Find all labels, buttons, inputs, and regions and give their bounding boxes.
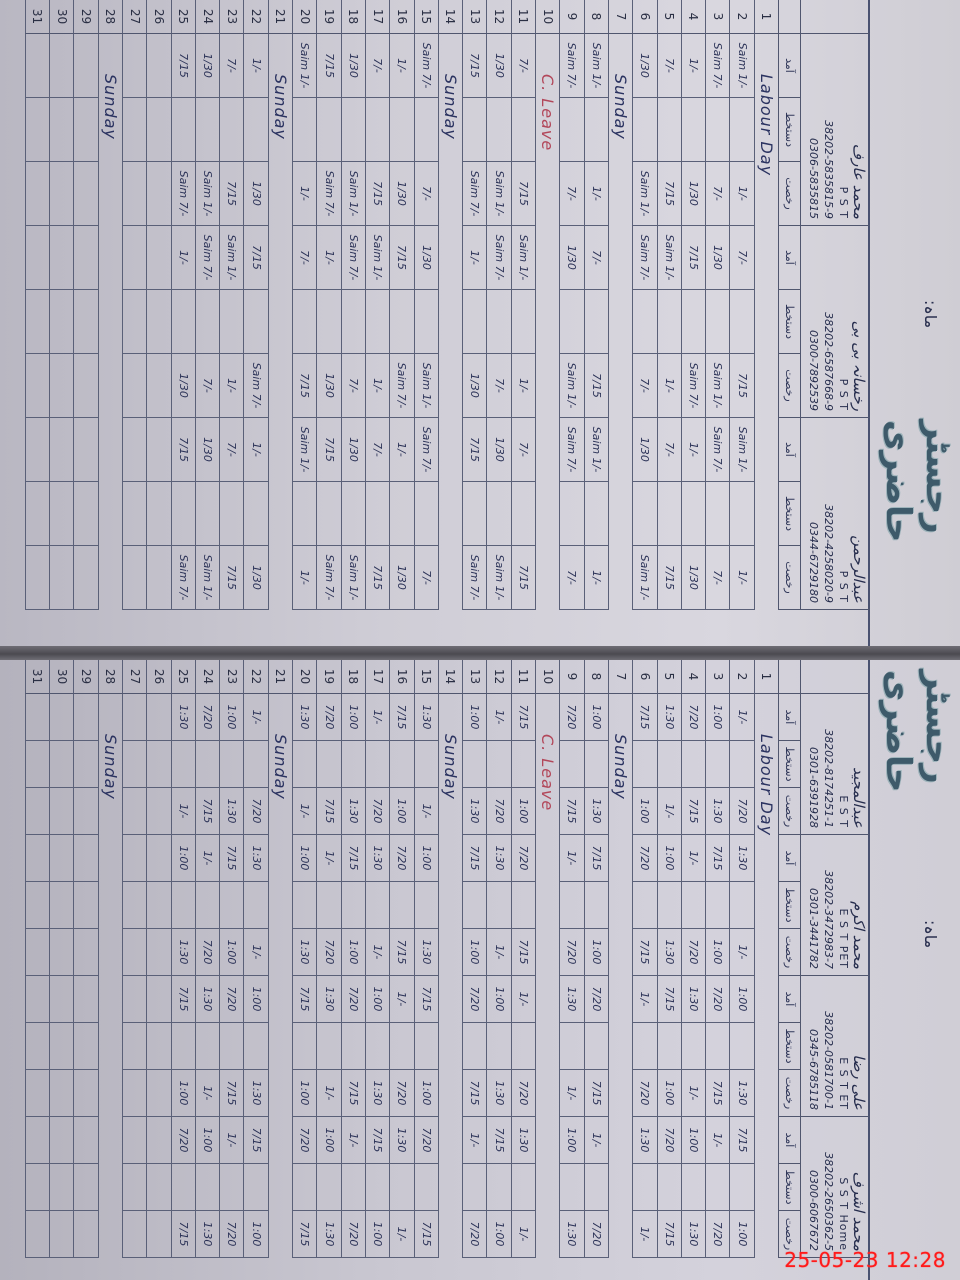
attendance-cell: Saim 1/- <box>341 546 365 610</box>
attendance-cell <box>705 290 729 354</box>
attendance-cell: 7/- <box>559 546 583 610</box>
attendance-cell <box>729 290 753 354</box>
attendance-cell <box>195 290 219 354</box>
day-number: 17 <box>365 660 389 694</box>
attendance-cell: 7/15 <box>219 546 243 610</box>
day-number: 23 <box>219 660 243 694</box>
sub-header: آمد <box>778 694 800 741</box>
sub-header: رخصت <box>778 162 800 226</box>
day-number: 31 <box>25 0 49 34</box>
attendance-cell <box>146 290 170 354</box>
attendance-cell <box>414 482 438 546</box>
attendance-cell: 7/20 <box>729 788 753 835</box>
attendance-cell: 7/15 <box>511 162 535 226</box>
attendance-cell <box>316 98 340 162</box>
attendance-cell: Saim 1/- <box>511 226 535 290</box>
attendance-cell <box>511 98 535 162</box>
attendance-cell <box>219 1023 243 1070</box>
day-number: 15 <box>414 0 438 34</box>
attendance-cell: 7/20 <box>462 1211 486 1258</box>
attendance-cell <box>681 1023 705 1070</box>
attendance-cell: 1/- <box>389 34 413 98</box>
staff-cnic: 38202-4258020-9 <box>821 424 836 603</box>
attendance-cell: 7/15 <box>171 976 195 1023</box>
attendance-cell <box>729 741 753 788</box>
attendance-cell <box>341 98 365 162</box>
attendance-cell <box>462 741 486 788</box>
attendance-cell: Saim 1/- <box>195 546 219 610</box>
attendance-cell: 7/15 <box>681 226 705 290</box>
attendance-cell <box>632 741 656 788</box>
attendance-cell: 1/- <box>243 694 267 741</box>
attendance-cell: Saim 1/- <box>195 162 219 226</box>
attendance-cell: 1/- <box>462 226 486 290</box>
sub-header: رخصت <box>778 354 800 418</box>
attendance-cell: 1/- <box>365 694 389 741</box>
attendance-cell: 1:30 <box>195 1211 219 1258</box>
attendance-cell: 1:30 <box>292 694 316 741</box>
attendance-cell <box>219 882 243 929</box>
attendance-cell <box>146 788 170 835</box>
attendance-cell <box>681 882 705 929</box>
attendance-cell <box>122 788 146 835</box>
day-number: 17 <box>365 0 389 34</box>
attendance-cell <box>73 929 97 976</box>
attendance-cell: 7/15 <box>486 1117 510 1164</box>
attendance-cell: 7/- <box>195 354 219 418</box>
sub-header: آمد <box>778 1117 800 1164</box>
attendance-cell <box>25 788 49 835</box>
attendance-cell: 1:30 <box>584 788 608 835</box>
attendance-cell: 1/- <box>681 1070 705 1117</box>
title-bar: رجسٹر حاضری ماہ: <box>868 0 960 648</box>
attendance-cell <box>584 482 608 546</box>
day-number: 15 <box>414 660 438 694</box>
attendance-cell: 1/30 <box>243 546 267 610</box>
attendance-cell <box>73 162 97 226</box>
attendance-cell: Saim 1/- <box>584 418 608 482</box>
attendance-cell <box>341 1164 365 1211</box>
attendance-cell: 7/15 <box>584 1070 608 1117</box>
register-title-ornament: رجسٹر حاضری <box>888 670 948 840</box>
attendance-cell: 1:30 <box>219 788 243 835</box>
attendance-cell <box>25 1164 49 1211</box>
attendance-cell: 7/20 <box>341 976 365 1023</box>
attendance-cell <box>657 482 681 546</box>
attendance-cell: Saim 7/- <box>316 162 340 226</box>
attendance-cell <box>316 1023 340 1070</box>
attendance-cell <box>705 482 729 546</box>
attendance-cell: 7/15 <box>389 226 413 290</box>
attendance-cell: 1:00 <box>171 1070 195 1117</box>
attendance-cell <box>219 1164 243 1211</box>
attendance-cell: 7/- <box>365 34 389 98</box>
attendance-cell <box>25 929 49 976</box>
attendance-cell: 1/- <box>292 546 316 610</box>
attendance-cell: 1:00 <box>365 976 389 1023</box>
attendance-cell <box>462 1023 486 1070</box>
attendance-cell: Saim 1/- <box>584 34 608 98</box>
attendance-cell <box>146 976 170 1023</box>
attendance-cell: 7/- <box>292 226 316 290</box>
day-note-row: Sunday <box>608 34 632 610</box>
attendance-cell <box>243 741 267 788</box>
attendance-cell <box>559 1023 583 1070</box>
attendance-cell: 1/- <box>414 788 438 835</box>
attendance-cell: Saim 1/- <box>365 226 389 290</box>
title-bar: رجسٹر حاضری ماہ: <box>868 660 960 1280</box>
attendance-cell <box>729 98 753 162</box>
attendance-cell: 1:00 <box>243 1211 267 1258</box>
attendance-cell: 7/15 <box>219 1070 243 1117</box>
attendance-cell <box>389 482 413 546</box>
attendance-cell <box>171 882 195 929</box>
attendance-cell: Saim 7/- <box>316 546 340 610</box>
day-number: 8 <box>584 0 608 34</box>
attendance-cell <box>292 290 316 354</box>
sub-header: دستخط <box>778 290 800 354</box>
attendance-cell: 7/15 <box>584 354 608 418</box>
attendance-cell <box>414 1023 438 1070</box>
day-number: 28 <box>98 660 122 694</box>
attendance-cell <box>511 1023 535 1070</box>
attendance-cell <box>49 418 73 482</box>
attendance-cell <box>122 929 146 976</box>
day-number: 7 <box>608 0 632 34</box>
attendance-cell <box>146 418 170 482</box>
attendance-cell <box>49 1117 73 1164</box>
attendance-cell: 7/20 <box>511 835 535 882</box>
attendance-cell: Saim 7/- <box>195 226 219 290</box>
day-number: 5 <box>657 660 681 694</box>
staff-header: عبدالرحمنP S T38202-4258020-90344-672918… <box>800 418 870 610</box>
sub-header: آمد <box>778 226 800 290</box>
attendance-cell <box>365 98 389 162</box>
day-number: 24 <box>195 0 219 34</box>
attendance-cell <box>73 34 97 98</box>
attendance-cell: 1/- <box>681 835 705 882</box>
attendance-cell: 7/20 <box>584 1211 608 1258</box>
attendance-cell: 7/20 <box>632 835 656 882</box>
attendance-cell <box>316 882 340 929</box>
attendance-cell <box>365 741 389 788</box>
attendance-cell: 7/15 <box>632 929 656 976</box>
attendance-cell <box>25 546 49 610</box>
attendance-cell <box>705 741 729 788</box>
attendance-cell: 1:00 <box>584 929 608 976</box>
attendance-cell <box>146 1023 170 1070</box>
attendance-cell <box>49 1070 73 1117</box>
attendance-cell: 7/20 <box>559 694 583 741</box>
sub-header-corner <box>778 660 800 694</box>
staff-name: محمد عارف <box>851 40 866 219</box>
attendance-cell <box>73 226 97 290</box>
day-number: 26 <box>146 660 170 694</box>
attendance-cell: 1:30 <box>195 976 219 1023</box>
attendance-cell: 7/15 <box>195 788 219 835</box>
attendance-cell <box>243 882 267 929</box>
attendance-cell <box>292 882 316 929</box>
attendance-cell: 1/- <box>292 162 316 226</box>
attendance-cell <box>462 1164 486 1211</box>
day-note-row: Sunday <box>438 34 462 610</box>
attendance-cell: 7/15 <box>219 835 243 882</box>
attendance-cell <box>49 976 73 1023</box>
day-note-row: Sunday <box>268 34 292 610</box>
day-number: 1 <box>754 660 778 694</box>
day-number: 18 <box>341 660 365 694</box>
attendance-cell: 7/20 <box>171 1117 195 1164</box>
day-header <box>800 0 870 34</box>
day-number: 6 <box>632 660 656 694</box>
attendance-cell: 7/15 <box>243 226 267 290</box>
day-number: 25 <box>171 0 195 34</box>
attendance-cell <box>365 482 389 546</box>
attendance-cell <box>73 482 97 546</box>
attendance-cell <box>195 882 219 929</box>
attendance-cell: 7/20 <box>657 1117 681 1164</box>
day-number: 4 <box>681 0 705 34</box>
attendance-cell <box>171 290 195 354</box>
attendance-cell: 7/20 <box>414 1117 438 1164</box>
attendance-cell: 1/- <box>195 835 219 882</box>
attendance-cell <box>511 741 535 788</box>
attendance-cell: 1:00 <box>414 835 438 882</box>
attendance-cell <box>73 1070 97 1117</box>
attendance-cell <box>25 482 49 546</box>
attendance-cell <box>243 1164 267 1211</box>
attendance-cell: 1:30 <box>632 1117 656 1164</box>
attendance-cell <box>389 882 413 929</box>
staff-header: محمد اکرمE S T PET38202-3472983-70301-34… <box>800 835 870 976</box>
attendance-cell: 7/15 <box>389 929 413 976</box>
day-number: 27 <box>122 0 146 34</box>
attendance-cell: 1:00 <box>584 694 608 741</box>
attendance-cell: 7/20 <box>705 976 729 1023</box>
day-number: 2 <box>729 660 753 694</box>
attendance-cell: 7/- <box>219 34 243 98</box>
sub-header: آمد <box>778 34 800 98</box>
attendance-cell <box>243 98 267 162</box>
attendance-cell <box>25 976 49 1023</box>
attendance-cell <box>122 1164 146 1211</box>
day-number: 24 <box>195 660 219 694</box>
attendance-cell <box>681 482 705 546</box>
attendance-cell: 1:00 <box>292 835 316 882</box>
day-number: 27 <box>122 660 146 694</box>
attendance-cell: 1/30 <box>341 34 365 98</box>
day-number: 14 <box>438 0 462 34</box>
attendance-cell: 7/20 <box>243 788 267 835</box>
sub-header: رخصت <box>778 788 800 835</box>
day-number: 21 <box>268 0 292 34</box>
attendance-cell: 1/30 <box>681 546 705 610</box>
attendance-cell: 7/15 <box>365 1117 389 1164</box>
attendance-cell <box>73 1023 97 1070</box>
attendance-cell <box>73 882 97 929</box>
register-page-bottom: رجسٹر حاضری ماہ: عبدالمجیدE S T38202-817… <box>0 660 960 1280</box>
attendance-cell: 7/15 <box>292 976 316 1023</box>
attendance-cell <box>462 882 486 929</box>
attendance-cell: Saim 7/- <box>414 34 438 98</box>
attendance-cell: 1:00 <box>559 1117 583 1164</box>
attendance-cell <box>365 1164 389 1211</box>
attendance-cell <box>632 482 656 546</box>
day-number: 1 <box>754 0 778 34</box>
attendance-cell <box>146 835 170 882</box>
attendance-cell: 1/- <box>389 1211 413 1258</box>
attendance-cell: 1:30 <box>705 788 729 835</box>
day-number: 9 <box>559 0 583 34</box>
attendance-cell <box>486 741 510 788</box>
day-number: 14 <box>438 660 462 694</box>
attendance-cell: Saim 1/- <box>632 162 656 226</box>
attendance-cell <box>25 694 49 741</box>
attendance-cell: Saim 7/- <box>681 354 705 418</box>
attendance-cell <box>195 741 219 788</box>
attendance-cell <box>73 98 97 162</box>
attendance-cell: 7/15 <box>511 694 535 741</box>
attendance-cell: 1/- <box>729 929 753 976</box>
day-note-row: Labour Day <box>754 694 778 1258</box>
attendance-cell <box>146 694 170 741</box>
attendance-cell: 7/20 <box>632 1070 656 1117</box>
attendance-cell <box>122 835 146 882</box>
day-number: 10 <box>535 0 559 34</box>
attendance-cell <box>486 98 510 162</box>
attendance-cell: 1:00 <box>414 1070 438 1117</box>
attendance-cell: Saim 1/- <box>292 418 316 482</box>
attendance-cell: 1/- <box>486 694 510 741</box>
attendance-cell: 1/- <box>657 354 681 418</box>
sub-header: رخصت <box>778 929 800 976</box>
attendance-cell: 1:30 <box>171 694 195 741</box>
attendance-cell: 1:30 <box>292 929 316 976</box>
day-note-row: C. Leave <box>535 694 559 1258</box>
attendance-cell: 1/- <box>316 835 340 882</box>
attendance-cell <box>584 1023 608 1070</box>
attendance-cell <box>49 98 73 162</box>
attendance-cell: 1/- <box>729 546 753 610</box>
attendance-cell <box>729 482 753 546</box>
attendance-cell <box>146 1164 170 1211</box>
attendance-cell: 1:00 <box>681 1117 705 1164</box>
attendance-cell <box>25 354 49 418</box>
staff-phone: 0345-6785118 <box>806 982 821 1110</box>
day-number: 3 <box>705 0 729 34</box>
attendance-cell: 1/30 <box>389 162 413 226</box>
attendance-cell <box>414 1164 438 1211</box>
attendance-cell: 1:00 <box>657 835 681 882</box>
attendance-cell: 1/- <box>511 976 535 1023</box>
day-note-row: Sunday <box>268 694 292 1258</box>
attendance-cell <box>146 162 170 226</box>
attendance-cell: 7/20 <box>316 929 340 976</box>
attendance-cell <box>25 1117 49 1164</box>
attendance-cell: 1/30 <box>171 354 195 418</box>
day-number: 25 <box>171 660 195 694</box>
attendance-cell: 7/20 <box>365 788 389 835</box>
day-number: 10 <box>535 660 559 694</box>
attendance-cell: 1:30 <box>657 929 681 976</box>
attendance-cell: 1/- <box>219 1117 243 1164</box>
attendance-cell: 1:30 <box>341 788 365 835</box>
attendance-cell <box>681 290 705 354</box>
attendance-cell: 1/- <box>584 1117 608 1164</box>
attendance-cell: Saim 1/- <box>414 354 438 418</box>
attendance-cell: 1/- <box>486 929 510 976</box>
attendance-cell <box>73 1164 97 1211</box>
day-note-row: Sunday <box>98 694 122 1258</box>
attendance-cell <box>243 482 267 546</box>
attendance-cell: Saim 7/- <box>559 34 583 98</box>
attendance-cell: 1:00 <box>171 835 195 882</box>
day-number: 11 <box>511 660 535 694</box>
attendance-cell <box>195 98 219 162</box>
attendance-cell <box>25 290 49 354</box>
attendance-cell: 1/30 <box>681 162 705 226</box>
attendance-cell <box>122 694 146 741</box>
attendance-cell: 1/- <box>632 976 656 1023</box>
sub-header: دستخط <box>778 1164 800 1211</box>
attendance-cell: 1:30 <box>657 694 681 741</box>
attendance-cell: 1/30 <box>632 418 656 482</box>
attendance-cell <box>462 482 486 546</box>
staff-name: عبدالمجید <box>851 700 866 828</box>
attendance-cell <box>292 482 316 546</box>
attendance-cell: 7/15 <box>171 1211 195 1258</box>
day-number: 20 <box>292 0 316 34</box>
day-note-row: Sunday <box>98 34 122 610</box>
attendance-cell: 7/- <box>657 418 681 482</box>
attendance-cell <box>146 929 170 976</box>
attendance-cell <box>341 1023 365 1070</box>
attendance-cell: 1/- <box>389 418 413 482</box>
attendance-cell <box>681 1164 705 1211</box>
attendance-cell <box>73 788 97 835</box>
attendance-cell <box>73 694 97 741</box>
attendance-cell <box>122 418 146 482</box>
day-number: 30 <box>49 660 73 694</box>
attendance-cell: 1:30 <box>511 1117 535 1164</box>
attendance-cell: 7/15 <box>316 418 340 482</box>
staff-phone: 0301-6391928 <box>806 700 821 828</box>
attendance-cell <box>122 98 146 162</box>
attendance-cell <box>486 882 510 929</box>
attendance-cell: 1/- <box>632 1211 656 1258</box>
attendance-cell <box>122 34 146 98</box>
attendance-cell: Saim 1/- <box>632 546 656 610</box>
attendance-cell: 1:00 <box>705 694 729 741</box>
day-number: 22 <box>243 660 267 694</box>
attendance-cell: Saim 7/- <box>243 354 267 418</box>
attendance-cell: 1:30 <box>171 929 195 976</box>
attendance-cell: 1:30 <box>365 1070 389 1117</box>
month-label: ماہ: <box>921 300 940 328</box>
attendance-cell: 1:30 <box>389 1117 413 1164</box>
attendance-cell: Saim 1/- <box>219 226 243 290</box>
staff-cnic: 38202-6587668-9 <box>821 232 836 411</box>
attendance-cell <box>195 1023 219 1070</box>
attendance-cell <box>462 98 486 162</box>
attendance-cell <box>49 162 73 226</box>
day-number: 5 <box>657 0 681 34</box>
sub-header: رخصت <box>778 546 800 610</box>
staff-phone: 0300-7892539 <box>806 232 821 411</box>
attendance-cell <box>25 98 49 162</box>
attendance-cell: 1/- <box>462 1117 486 1164</box>
attendance-cell: Saim 7/- <box>414 418 438 482</box>
